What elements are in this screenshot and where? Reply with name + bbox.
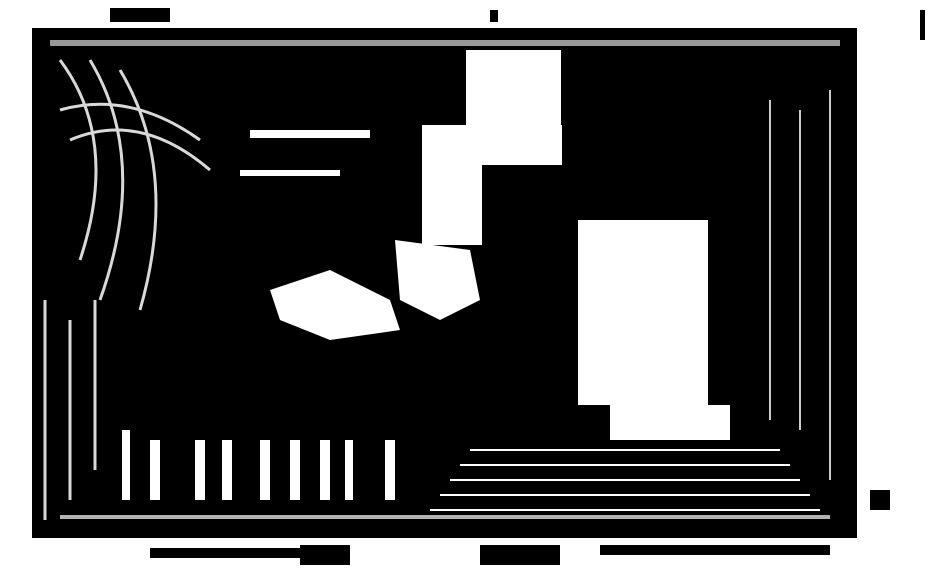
woodcut-illustration — [0, 0, 935, 573]
